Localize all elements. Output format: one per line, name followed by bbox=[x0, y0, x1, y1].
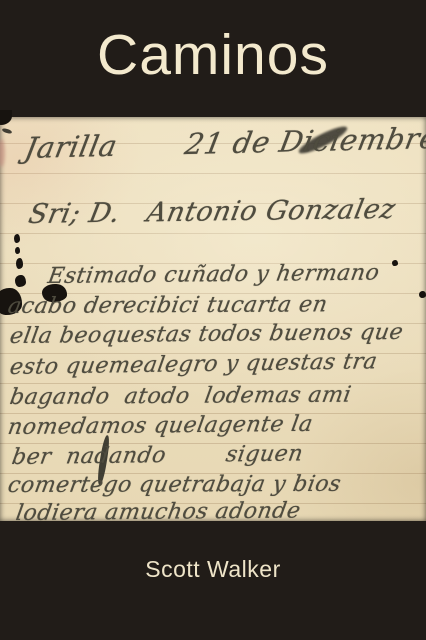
book-cover: Caminos Jarilla 21 de Diciembre Sri; D. … bbox=[0, 0, 426, 640]
ink-blot bbox=[15, 275, 26, 287]
letter-line: lodiera amuchos adonde bbox=[14, 499, 303, 526]
letter-line: comertego quetrabaja y bios bbox=[6, 472, 343, 498]
ink-speck bbox=[419, 291, 426, 298]
ink-blot bbox=[14, 234, 20, 243]
torn-corner-mark bbox=[0, 110, 12, 125]
book-title: Caminos bbox=[0, 22, 426, 88]
edge-ink-dash bbox=[2, 128, 13, 135]
handwritten-letter-image: Jarilla 21 de Diciembre Sri; D. Antonio … bbox=[0, 117, 426, 521]
letter-line-addressee: Sri; D. Antonio Gonzalez bbox=[26, 194, 398, 230]
letter-line: Estimado cuñado y hermano bbox=[46, 261, 381, 289]
letter-line-date: Jarilla 21 de Diciembre bbox=[22, 121, 426, 165]
author-name: Scott Walker bbox=[0, 556, 426, 583]
letter-line: nomedamos quelagente la bbox=[6, 412, 315, 440]
letter-line: ella beoquestas todos buenos que bbox=[8, 320, 405, 349]
letter-line: acabo derecibici tucarta en bbox=[6, 292, 330, 319]
letter-line: bagando atodo lodemas ami bbox=[8, 383, 353, 410]
letter-line: esto quemealegro y questas tra bbox=[8, 349, 379, 380]
ink-speck bbox=[392, 260, 398, 266]
pink-edge-smudge bbox=[0, 139, 5, 167]
ink-blot bbox=[15, 247, 20, 254]
ink-blot bbox=[16, 258, 23, 269]
letter-line: ber nadando siguen bbox=[10, 441, 305, 470]
